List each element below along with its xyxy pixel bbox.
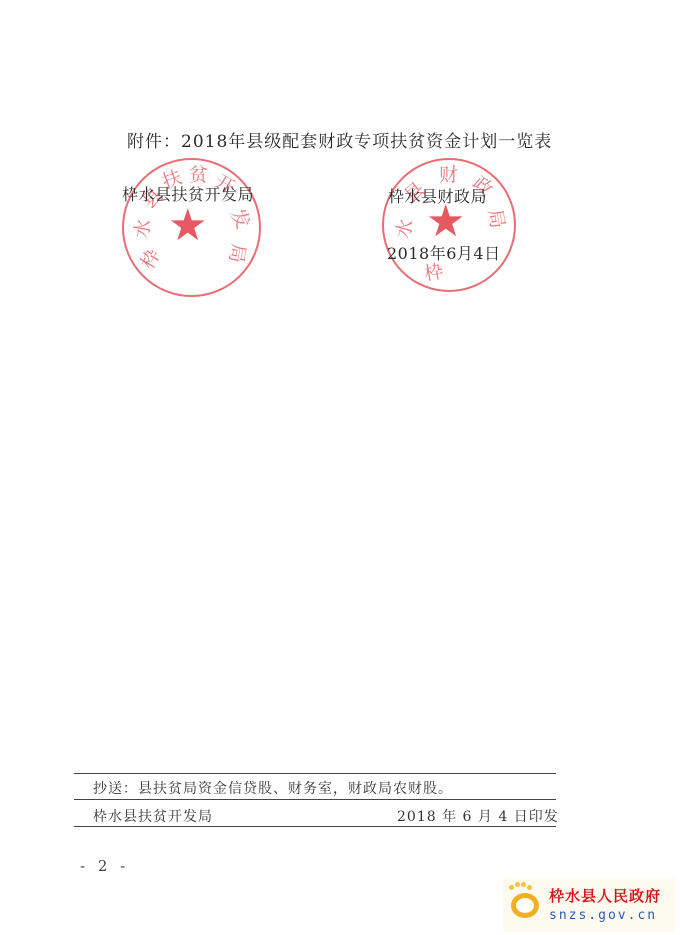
issuer: 枠水县扶贫开发局 xyxy=(93,806,213,826)
watermark-url: snzs.gov.cn xyxy=(549,908,657,923)
seal-char: 局 xyxy=(483,207,513,230)
issue-date: 2018 年 6 月 4 日印发 xyxy=(397,806,559,826)
seal-char: 水 xyxy=(127,217,157,240)
cc-line: 抄送：县扶贫局资金信贷股、财务室，财政局农财股。 xyxy=(93,778,453,798)
signature-org-right: 枠水县财政局 xyxy=(388,184,487,207)
seal-char: 水 xyxy=(388,216,419,241)
seal-char: 局 xyxy=(224,242,254,265)
seal-finance-bureau: ★ 枠 水 县 财 政 局 xyxy=(382,158,516,292)
watermark-name: 枠水县人民政府 xyxy=(549,885,661,906)
seal-char: 发 xyxy=(225,204,258,233)
footer-rule-bottom xyxy=(74,826,556,827)
star-icon: ★ xyxy=(168,204,207,248)
signature-date: 2018年6月4日 xyxy=(387,241,501,264)
footer-rule-middle xyxy=(74,799,556,800)
seal-char: 财 xyxy=(439,160,458,187)
seal-poverty-office: ★ 枠 水 县 扶 贫 开 发 局 xyxy=(122,158,261,297)
signature-org-left: 枠水县扶贫开发局 xyxy=(122,182,254,205)
logo-ring-icon xyxy=(511,893,539,918)
attachment-title: 附件：2018年县级配套财政专项扶贫资金计划一览表 xyxy=(127,127,552,152)
seal-char: 枠 xyxy=(133,244,166,274)
footer-rule-top xyxy=(74,773,556,774)
page-number: - 2 - xyxy=(80,857,129,875)
